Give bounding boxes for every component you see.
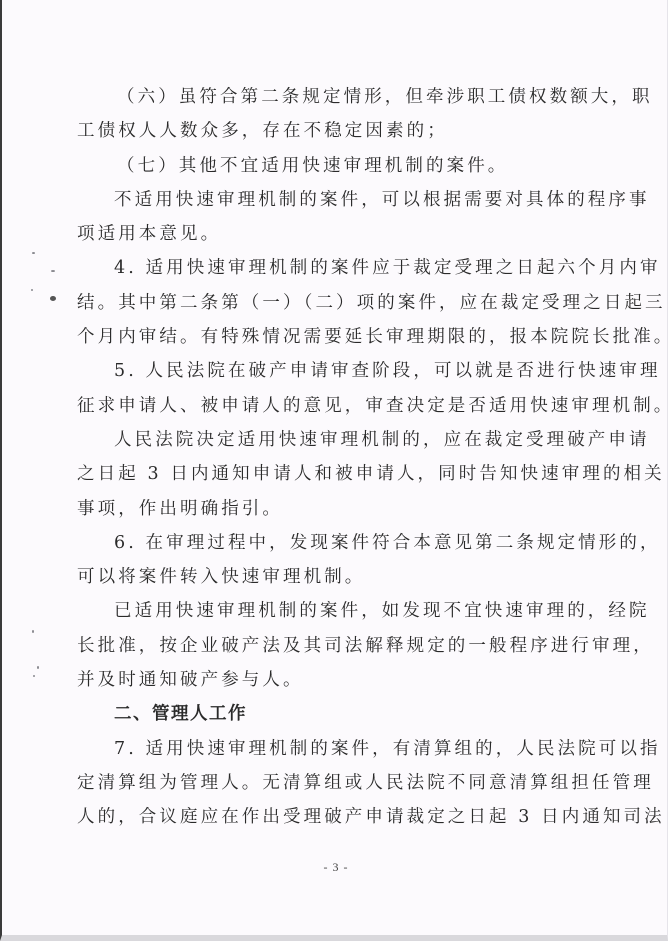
text-line: 并及时通知破产参与人。 <box>77 663 597 697</box>
page-number: - 3 - <box>2 860 668 875</box>
text-line: 个月内审结。有特殊情况需要延长审理期限的，报本院院长批准。 <box>77 320 597 354</box>
text-line: 结。其中第二条第（一）（二）项的案件，应在裁定受理之日起三 <box>77 286 597 320</box>
scan-speck <box>32 252 35 254</box>
scan-speck <box>50 296 56 301</box>
text-line-item-6: （六）虽符合第二条规定情形，但牵涉职工债权数额大，职 <box>77 80 597 114</box>
scan-speck <box>33 675 35 677</box>
text-line: 人的，合议庭应在作出受理破产申请裁定之日起 3 日内通知司法 <box>77 800 597 834</box>
text-line: 工债权人人数众多，存在不稳定因素的； <box>77 114 597 148</box>
text-line: 不适用快速审理机制的案件，可以根据需要对具体的程序事 <box>77 183 597 217</box>
text-line-article-5: 5. 人民法院在破产申请审查阶段，可以就是否进行快速审理 <box>77 354 597 388</box>
text-line: 已适用快速审理机制的案件，如发现不宜快速审理的，经院 <box>77 594 597 628</box>
scan-speck <box>32 630 34 633</box>
text-line: 事项，作出明确指引。 <box>77 492 597 526</box>
text-line: 项适用本意见。 <box>77 217 597 251</box>
text-line-article-4: 4. 适用快速审理机制的案件应于裁定受理之日起六个月内审 <box>77 251 597 285</box>
document-body: （六）虽符合第二条规定情形，但牵涉职工债权数额大，职 工债权人人数众多，存在不稳… <box>77 80 597 835</box>
document-page: （六）虽符合第二条规定情形，但牵涉职工债权数额大，职 工债权人人数众多，存在不稳… <box>0 0 668 941</box>
scan-speck <box>51 270 55 272</box>
text-line: 征求申请人、被申请人的意见，审查决定是否适用快速审理机制。 <box>77 389 597 423</box>
text-line: 之日起 3 日内通知申请人和被申请人，同时告知快速审理的相关 <box>77 457 597 491</box>
text-line-article-6: 6. 在审理过程中，发现案件符合本意见第二条规定情形的， <box>77 526 597 560</box>
text-line: 定清算组为管理人。无清算组或人民法院不同意清算组担任管理 <box>77 766 597 800</box>
text-line: 可以将案件转入快速审理机制。 <box>77 560 597 594</box>
text-line: 长批准，按企业破产法及其司法解释规定的一般程序进行审理， <box>77 629 597 663</box>
text-line: 人民法院决定适用快速审理机制的，应在裁定受理破产申请 <box>77 423 597 457</box>
text-line-item-7: （七）其他不宜适用快速审理机制的案件。 <box>77 149 597 183</box>
scan-speck <box>31 289 33 291</box>
section-heading: 二、管理人工作 <box>77 697 597 731</box>
scan-speck <box>37 666 39 669</box>
text-line-article-7: 7. 适用快速审理机制的案件，有清算组的，人民法院可以指 <box>77 732 597 766</box>
